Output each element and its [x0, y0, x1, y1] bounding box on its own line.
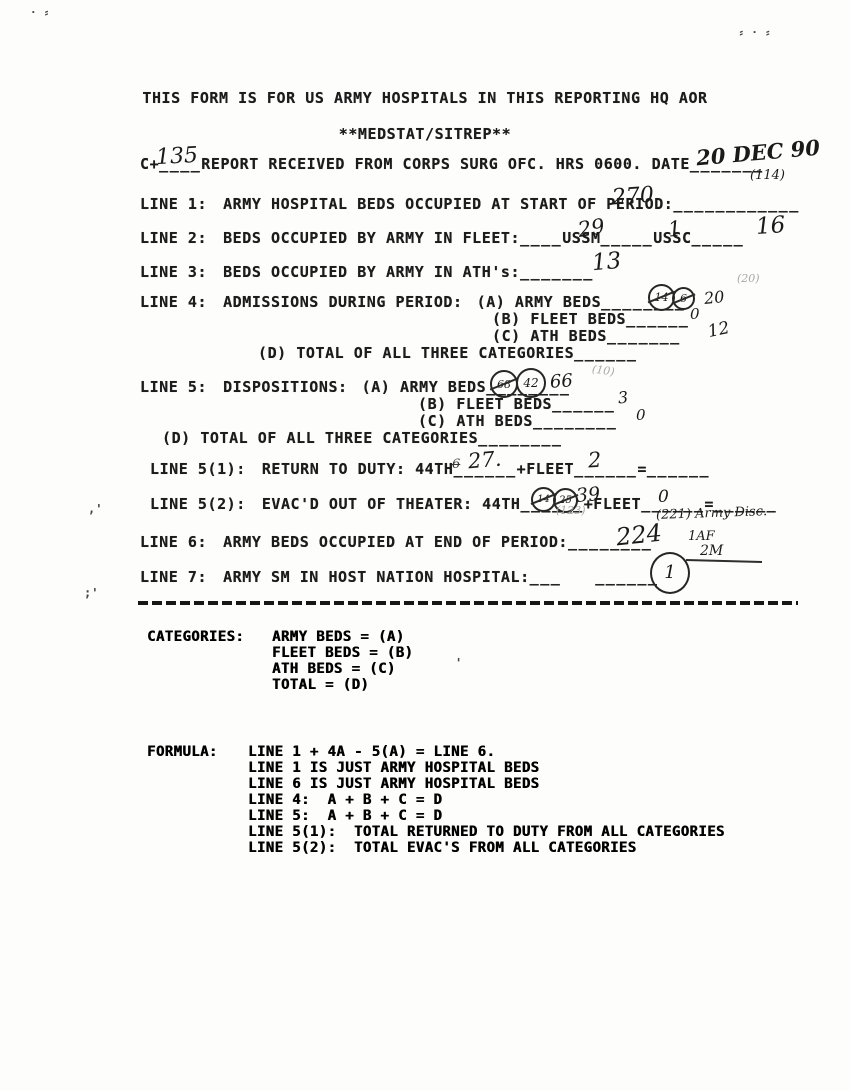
line5b-typed: (B) FLEET BEDS — [418, 395, 552, 413]
scanned-medstat-sitrep-form: · ⸗ ⸗ · ⸗ ,' ;' ' THIS FORM IS FOR US AR… — [0, 0, 850, 1091]
handwritten-underline — [686, 559, 762, 563]
formula-line-5: LINE 5: A + B + C = D — [248, 808, 442, 824]
handwritten-line5-2-44th-value: 39 — [575, 485, 601, 506]
line4b-typed: (B) FLEET BEDS — [492, 310, 626, 328]
formula-line-2: LINE 1 IS JUST ARMY HOSPITAL BEDS — [248, 760, 539, 776]
form-subtitle: **MEDSTAT/SITREP** — [0, 125, 850, 143]
handwritten-line4a-scribble-1: 14 — [648, 284, 675, 311]
line6-label: LINE 6: — [140, 533, 207, 551]
handwritten-line5-1-scratch: 6 — [452, 458, 460, 471]
handwritten-line5a-value: 66 — [549, 372, 573, 392]
line1-row: LINE 1:ARMY HOSPITAL BEDS OCCUPIED AT ST… — [140, 195, 800, 213]
formula-line-6: LINE 5(1): TOTAL RETURNED TO DUTY FROM A… — [248, 824, 725, 840]
line5d-blank: ________ — [478, 429, 562, 447]
categories-item-ath: ATH BEDS = (C) — [272, 661, 396, 677]
line4c-typed: (C) ATH BEDS — [492, 327, 607, 345]
line7-label: LINE 7: — [140, 568, 207, 586]
line4-text: ADMISSIONS DURING PERIOD: — [223, 293, 463, 311]
line4d-typed: (D) TOTAL OF ALL THREE CATEGORIES — [258, 344, 574, 362]
scan-speck-top-right: ⸗ · ⸗ — [738, 26, 771, 40]
line5-1-total-blank: ______ — [647, 460, 710, 478]
handwritten-line5c-value: 0 — [636, 408, 646, 423]
line1-text: ARMY HOSPITAL BEDS OCCUPIED AT START OF … — [223, 195, 673, 213]
line3-label: LINE 3: — [140, 263, 207, 281]
faint-line5-2-pencil-note: (123) — [556, 505, 586, 516]
handwritten-line6-af-note: 1AF — [688, 530, 715, 543]
formula-line-1: LINE 1 + 4A - 5(A) = LINE 6. — [248, 744, 495, 760]
categories-label: CATEGORIES: — [147, 629, 244, 645]
line4a-typed: (A) ARMY BEDS — [477, 293, 602, 311]
handwritten-line5-1-fleet-value: 2 — [587, 450, 602, 472]
handwritten-line5a-scribble-1: 68 — [490, 370, 518, 398]
handwritten-line6-m-note: 2M — [700, 544, 723, 558]
categories-item-fleet: FLEET BEDS = (B) — [272, 645, 413, 661]
line5-1-equals: = — [637, 460, 647, 478]
scan-speck-top-left: · ⸗ — [30, 6, 50, 20]
line5a-typed: (A) ARMY BEDS — [362, 378, 487, 396]
handwritten-line4c-value: 12 — [706, 320, 731, 341]
dashed-separator — [138, 601, 798, 605]
handwritten-line5b-value: 3 — [617, 390, 629, 407]
formula-line-3: LINE 6 IS JUST ARMY HOSPITAL BEDS — [248, 776, 539, 792]
line3-row: LINE 3:BEDS OCCUPIED BY ARMY IN ATH's:__… — [140, 263, 594, 281]
line5-text: DISPOSITIONS: — [223, 378, 348, 396]
line6-text: ARMY BEDS OCCUPIED AT END OF PERIOD: — [223, 533, 568, 551]
faint-line5-pencil-note: (10) — [591, 363, 615, 377]
handwritten-line2-ussm-value: 1 — [667, 218, 682, 240]
form-title: THIS FORM IS FOR US ARMY HOSPITALS IN TH… — [0, 89, 850, 107]
faint-line4-pencil-note: (20) — [737, 273, 760, 284]
line4c-row: (C) ATH BEDS_______ — [492, 327, 681, 345]
line5b-row: (B) FLEET BEDS______ — [418, 395, 615, 413]
categories-item-army: ARMY BEDS = (A) — [272, 629, 404, 645]
line4d-row: (D) TOTAL OF ALL THREE CATEGORIES______ — [258, 344, 637, 362]
line4-row: LINE 4:ADMISSIONS DURING PERIOD:(A) ARMY… — [140, 293, 685, 311]
line5d-typed: (D) TOTAL OF ALL THREE CATEGORIES — [162, 429, 478, 447]
handwritten-date-note: (114) — [750, 169, 785, 182]
formula-line-4: LINE 4: A + B + C = D — [248, 792, 442, 808]
handwritten-line6-army-disc-note: (221) Army Disc. — [656, 505, 768, 522]
line5d-row: (D) TOTAL OF ALL THREE CATEGORIES_______… — [162, 429, 562, 447]
handwritten-c-day-value: 135 — [155, 145, 198, 169]
line4d-blank: ______ — [574, 344, 637, 362]
handwritten-line4a-value: 20 — [703, 289, 725, 307]
report-received-row: C+____REPORT RECEIVED FROM CORPS SURG OF… — [140, 155, 764, 173]
line5-1-text: RETURN TO DUTY: 44TH — [262, 460, 454, 478]
line5-2-label: LINE 5(2): — [150, 495, 246, 513]
line1-blank: ____________ — [673, 195, 799, 213]
line5c-row: (C) ATH BEDS________ — [418, 412, 617, 430]
line2-label: LINE 2: — [140, 229, 207, 247]
line5-1-label: LINE 5(1): — [150, 460, 246, 478]
line5-label: LINE 5: — [140, 378, 207, 396]
line5b-blank: ______ — [552, 395, 615, 413]
handwritten-line2-fleet-value: 29 — [577, 216, 607, 241]
line4c-blank: _______ — [607, 327, 681, 345]
handwritten-line4b-value: 0 — [690, 307, 700, 322]
line7-blank-left: ___ — [530, 568, 562, 586]
scan-mark-left-margin-lower: ;' — [84, 586, 98, 600]
handwritten-line3-value: 13 — [591, 250, 622, 275]
line5-2-text: EVAC'D OUT OF THEATER: 44TH — [262, 495, 521, 513]
line5c-typed: (C) ATH BEDS — [418, 412, 533, 430]
handwritten-line5-2-fleet-value: 0 — [658, 489, 669, 506]
line3-text: BEDS OCCUPIED BY ARMY IN ATH's: — [223, 263, 520, 281]
line6-row: LINE 6:ARMY BEDS OCCUPIED AT END OF PERI… — [140, 533, 652, 551]
line4-label: LINE 4: — [140, 293, 207, 311]
line2-ussc-blank: _____ — [692, 229, 745, 247]
line5-1-row: LINE 5(1):RETURN TO DUTY: 44TH______+FLE… — [150, 460, 710, 478]
categories-item-total: TOTAL = (D) — [272, 677, 369, 693]
line5-1-plus-fleet: +FLEET — [517, 460, 575, 478]
line4b-row: (B) FLEET BEDS______ — [492, 310, 689, 328]
handwritten-line6-value: 224 — [615, 521, 663, 550]
line2-fleet-blank: ____ — [520, 229, 562, 247]
line2-row: LINE 2:BEDS OCCUPIED BY ARMY IN FLEET:__… — [140, 229, 744, 247]
line7-blank-right: ______ — [595, 568, 658, 586]
formula-label: FORMULA: — [147, 744, 218, 760]
line4b-blank: ______ — [626, 310, 689, 328]
line2-ussm-blank: _____ — [601, 229, 654, 247]
line3-blank: _______ — [520, 263, 594, 281]
handwritten-line2-ussc-value: 16 — [755, 214, 786, 239]
handwritten-line1-value: 270 — [611, 185, 654, 210]
line5-1-fleet-blank: ______ — [574, 460, 637, 478]
line7-row: LINE 7:ARMY SM IN HOST NATION HOSPITAL:_… — [140, 568, 658, 586]
line5c-blank: ________ — [533, 412, 617, 430]
line2-text: BEDS OCCUPIED BY ARMY IN FLEET: — [223, 229, 520, 247]
line1-label: LINE 1: — [140, 195, 207, 213]
report-received-text: REPORT RECEIVED FROM CORPS SURG OFC. HRS… — [201, 155, 690, 173]
handwritten-line5a-scribble-2: 42 — [516, 368, 546, 398]
scan-mark-categories-tick: ' — [455, 656, 462, 670]
handwritten-line7-circled-value: 1 — [650, 552, 690, 594]
scan-mark-left-margin-upper: ,' — [88, 502, 102, 516]
line7-text: ARMY SM IN HOST NATION HOSPITAL: — [223, 568, 530, 586]
formula-line-7: LINE 5(2): TOTAL EVAC'S FROM ALL CATEGOR… — [248, 840, 636, 856]
handwritten-line5-1-44th-value: 27. — [467, 449, 502, 473]
